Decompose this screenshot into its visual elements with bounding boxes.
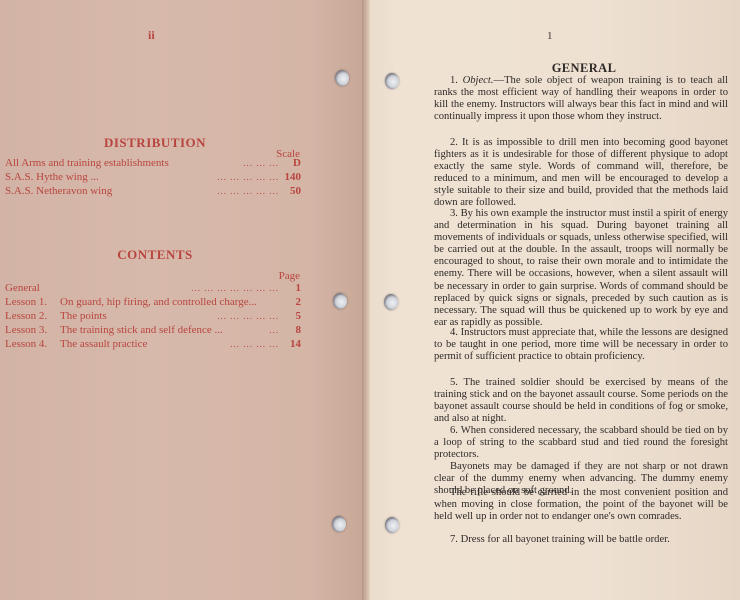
toc-page-number: 2: [283, 296, 301, 308]
paragraph-6c: The rifle should be carried in the most …: [434, 487, 728, 523]
distribution-row: S.A.S. Netheravon wing ... ... ... ... .…: [5, 185, 301, 199]
distribution-row: All Arms and training establishments ...…: [5, 157, 301, 171]
punch-hole-icon: [385, 73, 399, 89]
paragraph-4: 4. Instructors must appreciate that, whi…: [434, 327, 728, 363]
toc-row-general[interactable]: General ... ... ... ... ... ... ... 1: [5, 282, 301, 296]
dot-leader: ... ... ... ...: [147, 339, 283, 349]
left-page-number: ii: [148, 28, 155, 43]
dot-leader: ... ... ... ... ...: [112, 186, 283, 196]
book-gutter: [362, 0, 370, 600]
toc-page-number: 14: [283, 338, 301, 350]
toc-page-number: 5: [283, 310, 301, 322]
paragraph-2: 2. It is as impossible to drill men into…: [434, 137, 728, 210]
distribution-label: All Arms and training establishments: [5, 157, 169, 169]
dot-leader: ...: [223, 325, 283, 335]
distribution-label: S.A.S. Hythe wing ...: [5, 171, 99, 183]
punch-hole-icon: [384, 294, 398, 310]
dot-leader: ... ... ... ... ...: [107, 311, 283, 321]
dot-leader: ... ... ...: [169, 158, 283, 168]
toc-entry-title: The assault practice: [60, 338, 147, 350]
toc-entry-number: Lesson 1.: [5, 296, 60, 308]
paragraph-6: 6. When considered necessary, the scabba…: [434, 425, 728, 461]
toc-page-number: 1: [283, 282, 301, 294]
dot-leader: ... ... ... ... ...: [99, 172, 283, 182]
right-page-number: 1: [547, 30, 553, 42]
distribution-row: S.A.S. Hythe wing ... ... ... ... ... ..…: [5, 171, 301, 185]
general-section-title: GENERAL: [434, 61, 734, 76]
punch-hole-icon: [335, 70, 349, 86]
toc-page-number: 8: [283, 324, 301, 336]
toc-entry-title: On guard, hip firing, and controlled cha…: [60, 296, 257, 308]
toc-entry-title: The points: [60, 310, 107, 322]
toc-entry-title: The training stick and self defence ...: [60, 324, 223, 336]
toc-row-lesson-4[interactable]: Lesson 4. The assault practice ... ... .…: [5, 338, 301, 352]
toc-entry-number: Lesson 3.: [5, 324, 60, 336]
punch-hole-icon: [385, 517, 399, 533]
toc-row-lesson-3[interactable]: Lesson 3. The training stick and self de…: [5, 324, 301, 338]
toc-entry-number: General: [5, 282, 60, 294]
distribution-scale: 50: [283, 185, 301, 197]
distribution-label: S.A.S. Netheravon wing: [5, 185, 112, 197]
toc-entry-number: Lesson 2.: [5, 310, 60, 322]
contents-column-header: Page: [240, 270, 300, 282]
paragraph-heading: Object.: [463, 75, 494, 86]
dot-leader: ... ... ... ... ... ... ...: [60, 283, 283, 293]
distribution-scale: D: [283, 157, 301, 169]
toc-row-lesson-2[interactable]: Lesson 2. The points ... ... ... ... ...…: [5, 310, 301, 324]
paragraph-5: 5. The trained soldier should be exercis…: [434, 377, 728, 425]
contents-title: CONTENTS: [0, 247, 310, 263]
toc-row-lesson-1[interactable]: Lesson 1. On guard, hip firing, and cont…: [5, 296, 301, 310]
paragraph-7: 7. Dress for all bayonet training will b…: [434, 534, 728, 546]
paragraph-1: 1. Object.—The sole object of weapon tra…: [434, 75, 728, 123]
punch-hole-icon: [333, 293, 347, 309]
toc-entry-number: Lesson 4.: [5, 338, 60, 350]
distribution-scale: 140: [283, 171, 301, 183]
paragraph-number: 1.: [450, 75, 458, 86]
paragraph-3: 3. By his own example the instructor mus…: [434, 208, 728, 329]
punch-hole-icon: [332, 516, 346, 532]
